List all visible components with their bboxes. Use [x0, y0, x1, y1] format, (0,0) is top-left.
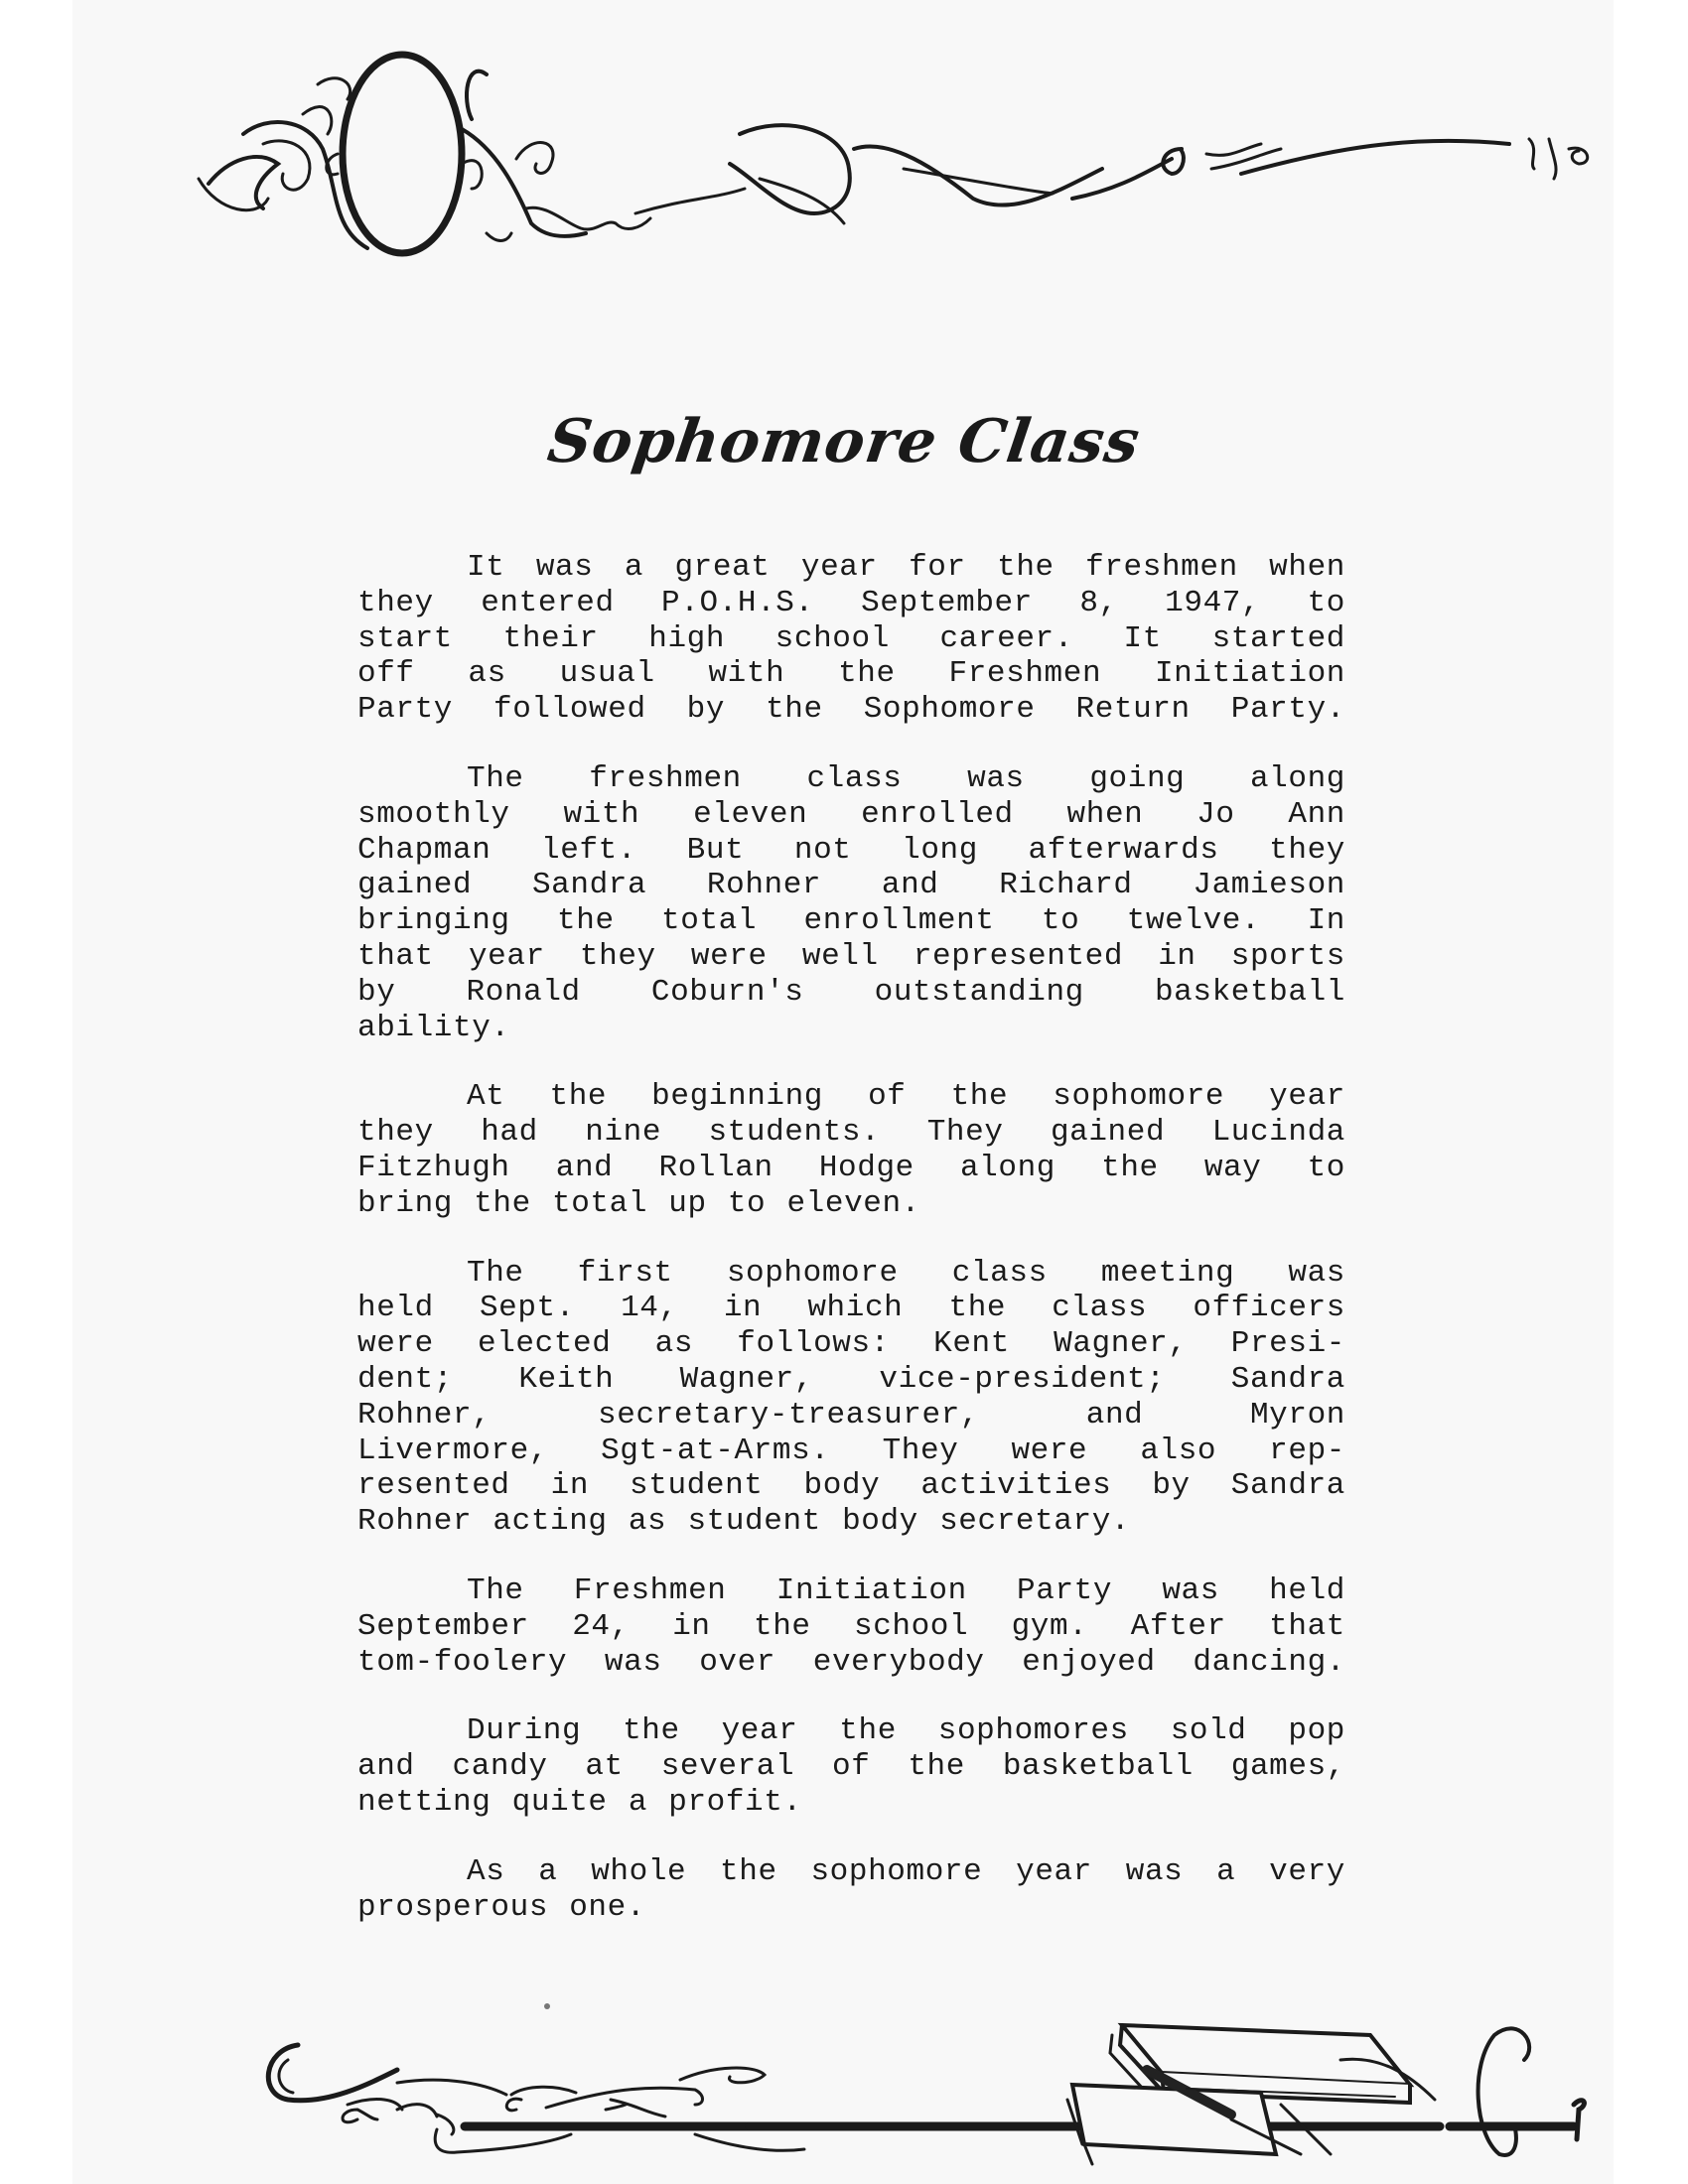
text-line: bring the total up to eleven. [357, 1186, 1345, 1222]
text-line: dent; Keith Wagner, vice-president; Sand… [357, 1362, 1345, 1398]
text-line: During the year the sophomores sold pop [357, 1713, 1345, 1749]
text-line: ability. [357, 1011, 1345, 1046]
text-line: netting quite a profit. [357, 1785, 1345, 1821]
text-line: they entered P.O.H.S. September 8, 1947,… [357, 586, 1345, 621]
text-line: prosperous one. [357, 1890, 1345, 1926]
text-line: Rohner acting as student body secretary. [357, 1504, 1345, 1540]
text-line: Party followed by the Sophomore Return P… [357, 692, 1345, 728]
text-line: Livermore, Sgt-at-Arms. They were also r… [357, 1433, 1345, 1469]
page-title: Sophomore Class [0, 407, 1688, 477]
text-line: resented in student body activities by S… [357, 1468, 1345, 1504]
text-line: bringing the total enrollment to twelve.… [357, 903, 1345, 939]
text-line: that year they were well represented in … [357, 939, 1345, 975]
text-line: smoothly with eleven enrolled when Jo An… [357, 797, 1345, 833]
paragraph-2: The freshmen class was going along smoot… [357, 761, 1345, 1045]
text-line: they had nine students. They gained Luci… [357, 1115, 1345, 1151]
text-line: by Ronald Coburn's outstanding basketbal… [357, 975, 1345, 1011]
paragraph-1: It was a great year for the freshmen whe… [357, 550, 1345, 728]
text-line: At the beginning of the sophomore year [357, 1079, 1345, 1115]
text-line: tom-foolery was over everybody enjoyed d… [357, 1645, 1345, 1681]
text-line: Fitzhugh and Rollan Hodge along the way … [357, 1151, 1345, 1186]
text-line: The first sophomore class meeting was [357, 1256, 1345, 1292]
text-line: September 24, in the school gym. After t… [357, 1609, 1345, 1645]
paragraph-5: The Freshmen Initiation Party was held S… [357, 1573, 1345, 1680]
book-stack-icon [1067, 2025, 1410, 2164]
paragraph-6: During the year the sophomores sold pop … [357, 1713, 1345, 1820]
text-line: The Freshmen Initiation Party was held [357, 1573, 1345, 1609]
article-body: It was a great year for the freshmen whe… [357, 550, 1345, 1959]
text-line: It was a great year for the freshmen whe… [357, 550, 1345, 586]
text-line: gained Sandra Rohner and Richard Jamieso… [357, 868, 1345, 903]
top-flourish-ornament-icon [189, 40, 1609, 268]
text-line: held Sept. 14, in which the class office… [357, 1291, 1345, 1326]
paragraph-7: As a whole the sophomore year was a very… [357, 1854, 1345, 1926]
text-line: As a whole the sophomore year was a very [357, 1854, 1345, 1890]
text-line: and candy at several of the basketball g… [357, 1749, 1345, 1785]
text-line: Chapman left. But not long afterwards th… [357, 833, 1345, 869]
text-line: start their high school career. It start… [357, 621, 1345, 657]
text-line: were elected as follows: Kent Wagner, Pr… [357, 1326, 1345, 1362]
oval-frame-icon [343, 55, 462, 253]
text-line: off as usual with the Freshmen Initiatio… [357, 656, 1345, 692]
bottom-flourish-ornament-icon [248, 2005, 1618, 2174]
paragraph-3: At the beginning of the sophomore year t… [357, 1079, 1345, 1221]
text-line: Rohner, secretary-treasurer, and Myron [357, 1398, 1345, 1433]
text-line: The freshmen class was going along [357, 761, 1345, 797]
paragraph-4: The first sophomore class meeting was he… [357, 1256, 1345, 1540]
